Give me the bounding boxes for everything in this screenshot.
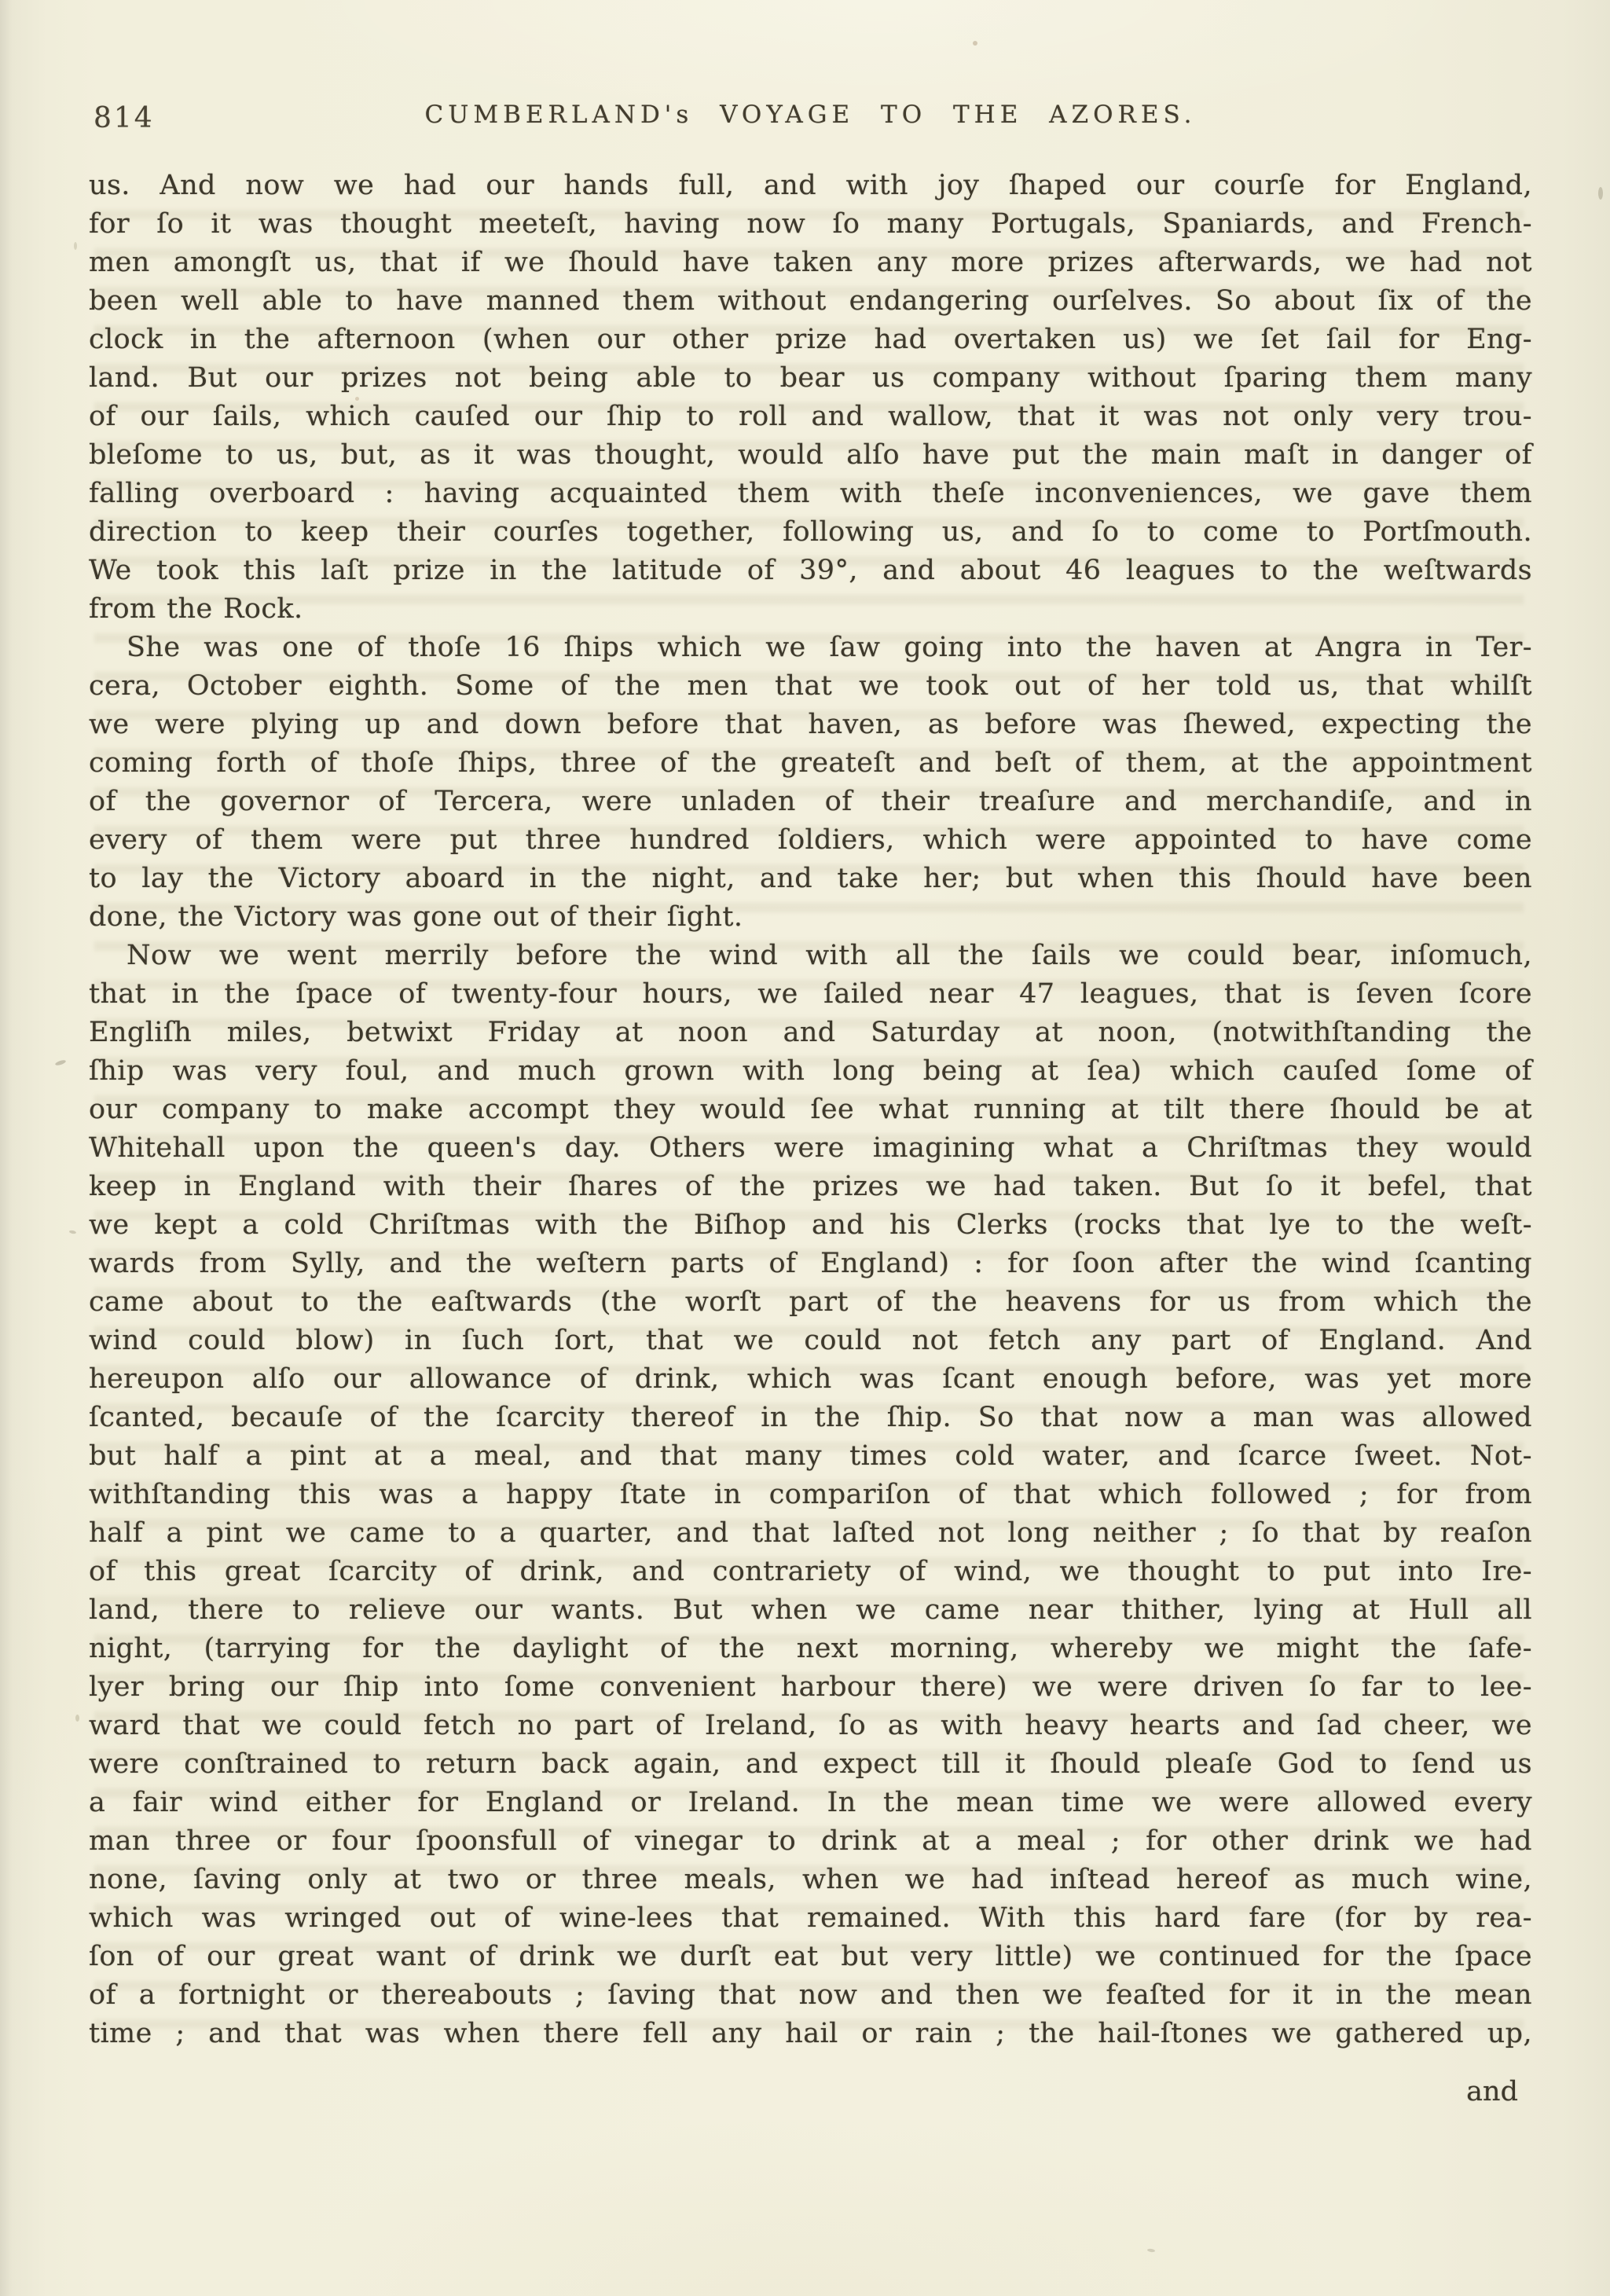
page-header: 814 CUMBERLAND's VOYAGE TO THE AZORES.: [89, 101, 1532, 145]
text-line: man three or four ſpoonsfull of vinegar …: [89, 1822, 1532, 1861]
paper-speck: [973, 41, 977, 46]
text-line: of the governor of Tercera, were unladen…: [89, 783, 1532, 821]
text-line: land, there to relieve our wants. But wh…: [89, 1591, 1532, 1630]
text-line: were conſtrained to return back again, a…: [89, 1745, 1532, 1784]
catchword: and: [1466, 2073, 1518, 2111]
paper-speck: [74, 242, 77, 250]
text-line: wards from Sylly, and the weſtern parts …: [89, 1245, 1532, 1283]
text-line: clock in the afternoon (when our other p…: [89, 321, 1532, 359]
text-line: of our ſails, which cauſed our ſhip to r…: [89, 398, 1532, 436]
text-line: Engliſh miles, betwixt Friday at noon an…: [89, 1014, 1532, 1052]
text-line: men amongſt us, that if we ſhould have t…: [89, 244, 1532, 282]
text-line: us. And now we had our hands full, and w…: [89, 167, 1532, 205]
text-line: direction to keep their courſes together…: [89, 513, 1532, 552]
text-line: ſcanted, becauſe of the ſcarcity thereof…: [89, 1399, 1532, 1437]
text-line: our company to make accompt they would ſ…: [89, 1091, 1532, 1129]
text-line: we kept a cold Chriſtmas with the Biſhop…: [89, 1206, 1532, 1245]
text-line: withſtanding this was a happy ſtate in c…: [89, 1476, 1532, 1514]
paper-speck: [1147, 2248, 1155, 2252]
text-line: we were plying up and down before that h…: [89, 706, 1532, 744]
text-line: Whitehall upon the queen's day. Others w…: [89, 1129, 1532, 1168]
text-line: coming forth of thoſe ſhips, three of th…: [89, 744, 1532, 783]
text-line: a fair wind either for England or Irelan…: [89, 1784, 1532, 1822]
text-line: cera, October eighth. Some of the men th…: [89, 667, 1532, 706]
text-line: ſhip was very foul, and much grown with …: [89, 1052, 1532, 1091]
text-line: hereupon alſo our allowance of drink, wh…: [89, 1360, 1532, 1399]
text-line: ſon of our great want of drink we durſt …: [89, 1938, 1532, 1976]
text-line: We took this laſt prize in the latitude …: [89, 552, 1532, 590]
text-line: lyer bring our ſhip into ſome convenient…: [89, 1668, 1532, 1707]
text-line: keep in England with their ſhares of the…: [89, 1168, 1532, 1206]
paper-speck: [1598, 187, 1603, 200]
text-line: land. But our prizes not being able to b…: [89, 359, 1532, 398]
text-line: which was wringed out of wine-lees that …: [89, 1899, 1532, 1938]
text-line: that in the ſpace of twenty-four hours, …: [89, 975, 1532, 1014]
paper-speck: [55, 1059, 67, 1066]
text-line: She was one of thoſe 16 ſhips which we ſ…: [89, 629, 1532, 667]
text-line: of a fortnight or thereabouts ; ſaving t…: [89, 1976, 1532, 2015]
paper-speck: [75, 1715, 79, 1722]
text-line: of this great ſcarcity of drink, and con…: [89, 1553, 1532, 1591]
text-line: night, (tarrying for the daylight of the…: [89, 1630, 1532, 1668]
text-line: Now we went merrily before the wind with…: [89, 937, 1532, 975]
text-line: for ſo it was thought meeteſt, having no…: [89, 205, 1532, 244]
text-line: bleſome to us, but, as it was thought, w…: [89, 436, 1532, 475]
text-line: been well able to have manned them witho…: [89, 282, 1532, 321]
text-line: time ; and that was when there fell any …: [89, 2015, 1532, 2053]
text-line: but half a pint at a meal, and that many…: [89, 1437, 1532, 1476]
text-line: to lay the Victory aboard in the night, …: [89, 860, 1532, 898]
text-line: every of them were put three hundred ſol…: [89, 821, 1532, 860]
text-line: done, the Victory was gone out of their …: [89, 898, 1532, 937]
text-line: from the Rock.: [89, 590, 1532, 629]
text-line: ward that we could fetch no part of Irel…: [89, 1707, 1532, 1745]
book-page-scan: 814 CUMBERLAND's VOYAGE TO THE AZORES. u…: [0, 0, 1610, 2296]
page-number: 814: [94, 102, 155, 134]
text-line: wind could blow) in ſuch ſort, that we c…: [89, 1322, 1532, 1360]
text-line: half a pint we came to a quarter, and th…: [89, 1514, 1532, 1553]
text-line: came about to the eaſtwards (the worſt p…: [89, 1283, 1532, 1322]
text-block: us. And now we had our hands full, and w…: [89, 167, 1532, 2053]
running-title: CUMBERLAND's VOYAGE TO THE AZORES.: [89, 101, 1532, 129]
paper-speck: [69, 1230, 77, 1234]
text-line: none, ſaving only at two or three meals,…: [89, 1861, 1532, 1899]
text-line: falling overboard : having acquainted th…: [89, 475, 1532, 513]
